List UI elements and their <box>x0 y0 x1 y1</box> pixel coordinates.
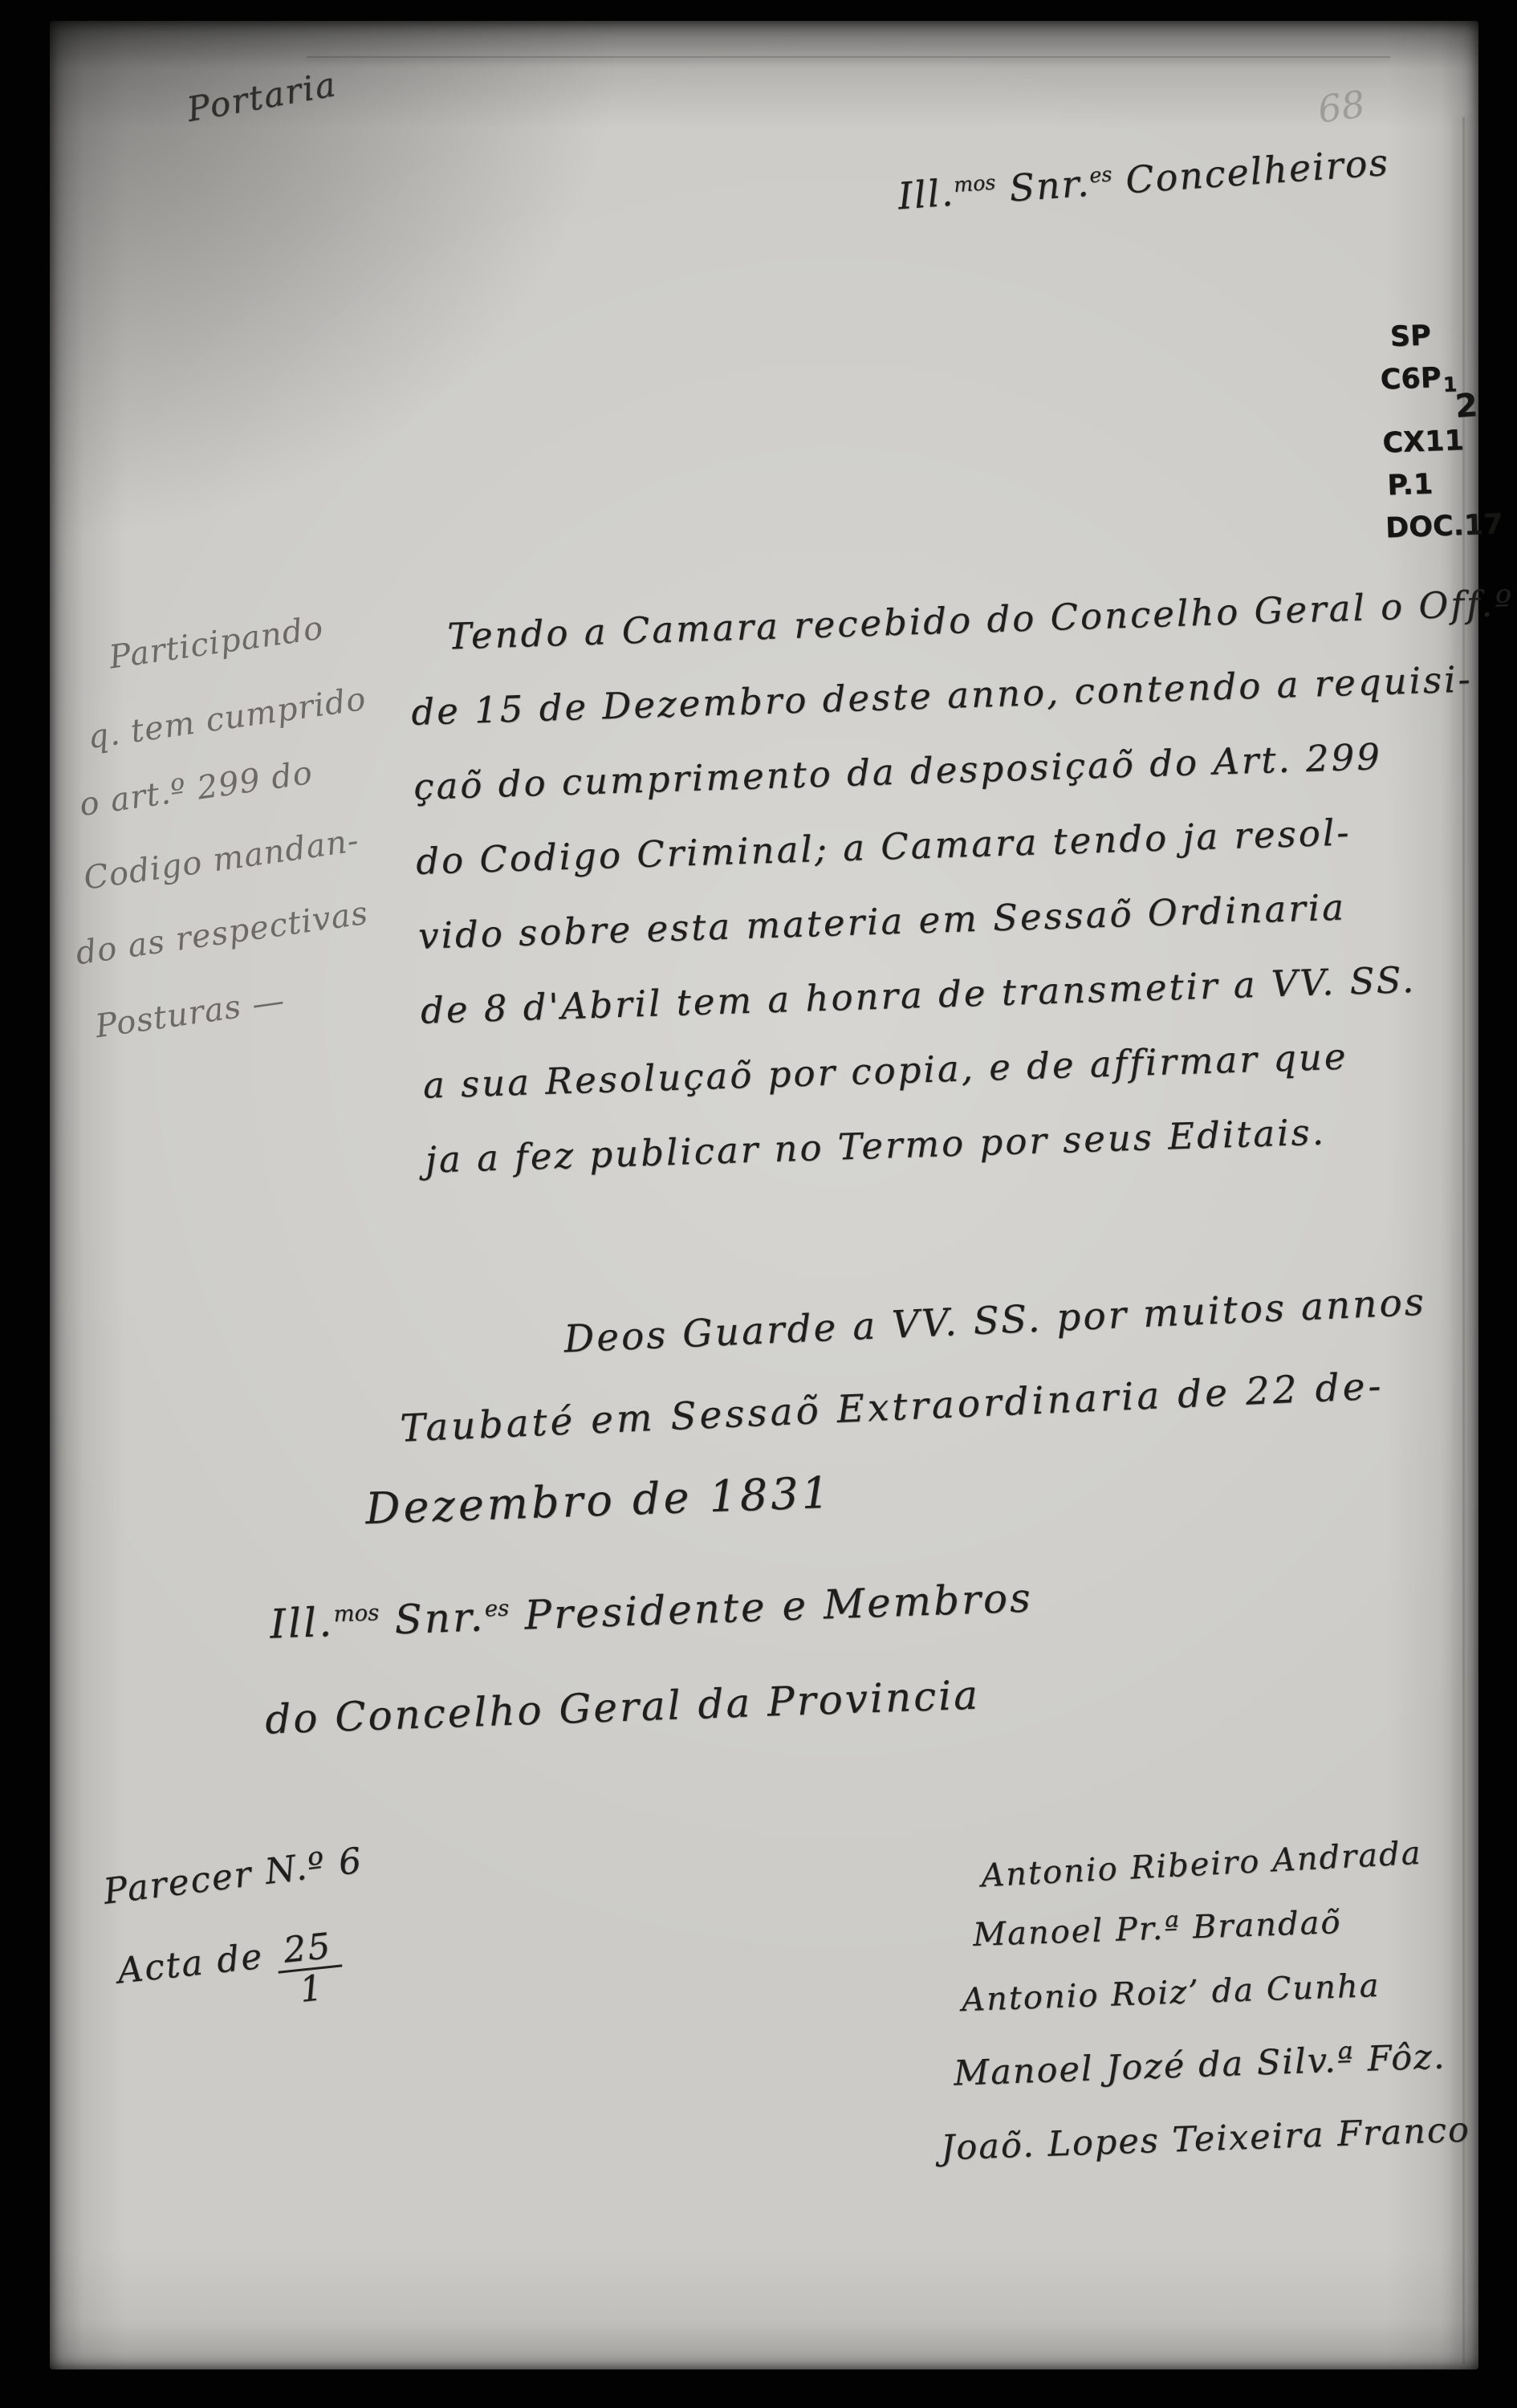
signature: Antonio Ribeiro Andrada <box>980 1835 1422 1895</box>
closing-valediction: Deos Guarde a VV. SS. por muitos annos <box>563 1280 1427 1362</box>
stamp-line-sp: SP <box>1389 313 1497 360</box>
folio-number: 68 <box>1316 82 1368 132</box>
stamp-line-p: P.1 <box>1386 462 1502 508</box>
margin-note-line: Posturas — <box>93 982 287 1046</box>
horizontal-fold-crease <box>307 56 1390 58</box>
salutation-abbr1: Ill. <box>897 171 956 218</box>
docket-acta-numerator: 25 <box>274 1928 342 1974</box>
addressee-abbr1-sup: mos <box>333 1600 380 1627</box>
margin-note-line: Codigo mandan- <box>81 822 361 897</box>
signature: Manoel Pr.ª Brandaõ <box>972 1904 1342 1954</box>
archive-reference-stamp: SP C6P12 CX11 P.1 DOC.17 <box>1378 313 1504 551</box>
letter-body: Tendo a Camara recebido do Concelho Gera… <box>408 566 1517 1198</box>
addressee-abbr2: Snr. <box>379 1593 486 1644</box>
addressee-abbr1: Ill. <box>269 1599 335 1648</box>
margin-note-line: o art.º 299 do <box>77 755 315 824</box>
salutation-abbr2-sup: es <box>1088 162 1112 187</box>
stamp-line-c6p: C6P12 <box>1380 356 1499 423</box>
stamp-c6p: C6P <box>1380 362 1442 397</box>
salutation-word: Concelheiros <box>1111 140 1391 203</box>
docket-acta: Acta de 251 <box>116 1928 346 2028</box>
portaria-annotation: Portaria <box>184 64 340 129</box>
docket-acta-label: Acta de <box>116 1934 279 1991</box>
signature: Antonio Roiz’ da Cunha <box>961 1967 1381 2019</box>
salutation-abbr2: Snr. <box>994 161 1092 211</box>
signature: Manoel Jozé da Silv.ª Fôz. <box>953 2036 1446 2093</box>
docket-acta-fraction: 251 <box>274 1928 345 2011</box>
addressee-abbr2-sup: es <box>484 1596 509 1622</box>
closing-date: Dezembro de 1831 <box>364 1467 833 1534</box>
margin-note-line: do as respectivas <box>74 895 371 973</box>
salutation-heading: Ill.mos Snr.es Concelheiros <box>897 140 1391 218</box>
docket-acta-denominator: 1 <box>278 1967 345 2010</box>
stamp-c6p-sub: 2 <box>1454 392 1479 421</box>
margin-note-line: q. tem cumprido <box>86 681 369 756</box>
stamp-line-doc: DOC.17 <box>1385 504 1503 551</box>
addressee-line: Ill.mos Snr.es Presidente e Membros <box>269 1574 1033 1647</box>
margin-note-line: Participando <box>107 610 326 677</box>
salutation-abbr1-sup: mos <box>953 171 996 197</box>
manuscript-paper: Portaria 68 Ill.mos Snr.es Concelheiros … <box>50 21 1478 2369</box>
scan-background: Portaria 68 Ill.mos Snr.es Concelheiros … <box>0 0 1517 2408</box>
signature: Joaõ. Lopes Teixeira Franco <box>940 2109 1470 2168</box>
addressee-rest: Presidente e Membros <box>509 1574 1034 1639</box>
docket-parecer: Parecer N.º 6 <box>101 1840 365 1912</box>
closing-place-session: Taubaté em Sessaõ Extraordinaria de 22 d… <box>399 1364 1385 1450</box>
stamp-c6p-supsub: 12 <box>1442 375 1479 421</box>
stamp-line-cx: CX11 <box>1382 419 1501 466</box>
addressee-line2: do Concelho Geral da Provincia <box>264 1671 981 1743</box>
